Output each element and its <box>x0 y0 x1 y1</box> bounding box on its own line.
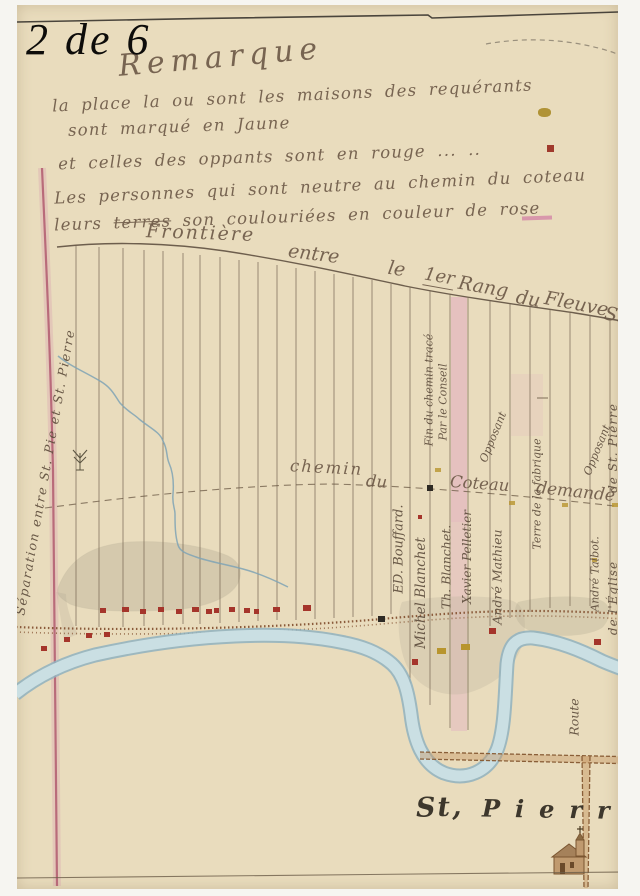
marsh-washes <box>56 542 609 695</box>
page-bottom-line <box>17 872 618 878</box>
jaune-sample-mark <box>538 108 551 117</box>
chemin-word-chemin: chemin <box>290 456 364 479</box>
lot-label-xavier: Xavier Pelletier <box>460 510 474 604</box>
parish-name-st: St, <box>415 791 463 824</box>
rouge-sample-mark <box>547 145 554 152</box>
route-label-de-leglise: de l'Église <box>606 561 618 635</box>
church-icon <box>552 826 586 874</box>
frontier-word-entre: entre <box>287 240 341 268</box>
frontier-word-le: le <box>386 257 407 281</box>
lot-label-opposant-1: Opposant <box>477 410 509 464</box>
rose-sample-mark <box>522 215 552 220</box>
lot-label-fabrique: Terre de la fabrique <box>531 438 544 549</box>
chemin-word-du: du <box>365 471 387 491</box>
stream <box>58 356 288 587</box>
parish-name-pierre: Pierre <box>482 793 618 825</box>
chemin-word-coteau: Coteau <box>449 472 510 495</box>
lot-label-bouffard: ED. Bouffard. <box>392 504 407 593</box>
lot-label-fin-chemin: Fin du chemin tracé <box>423 334 436 447</box>
frontier-word-fleuve: Fleuve <box>542 287 610 321</box>
chemin-word-demande: demandé <box>535 478 616 506</box>
tree-icon <box>73 450 87 470</box>
lot-label-par-conseil: Par le Conseil <box>437 363 450 440</box>
river <box>17 635 618 776</box>
route-label-de-st-pierre: de St. Pierre <box>606 403 618 493</box>
remark-line-5a: leurs <box>54 214 103 235</box>
remark-line-2: sont marqué en Jaune <box>68 113 291 140</box>
riverside-road <box>17 611 618 634</box>
route-label-route: Route <box>567 698 582 735</box>
lot-label-talbot: André Talbot. <box>589 536 602 611</box>
house-markers-red <box>41 515 601 665</box>
frontier-word-du: du <box>514 286 542 312</box>
frontier-word-frontiere: Frontière <box>146 220 256 246</box>
frontier-word-rang: Rang <box>456 272 510 302</box>
lot-label-mathieu: André Mathieu <box>490 529 505 624</box>
page-number-overlay: 2 de 6 <box>26 14 152 65</box>
left-parish-boundary <box>42 168 57 886</box>
separation-boundary-label: Séparation entre St. Pie et St. Pierre <box>17 328 78 617</box>
remark-line-3: et celles des oppants sont en rouge ... … <box>58 140 481 174</box>
lot-label-michel-blanchet: Michel Blanchet <box>413 537 429 649</box>
lot-label-th-blanchet: Th. Blanchet. <box>439 525 454 609</box>
scanned-map-page: Remarque la place la ou sont les maisons… <box>0 0 640 896</box>
map-paper: Remarque la place la ou sont les maisons… <box>17 5 618 889</box>
frontier-word-st-la: St. La <box>602 302 618 335</box>
frontier-word-1er: 1er <box>422 264 456 291</box>
